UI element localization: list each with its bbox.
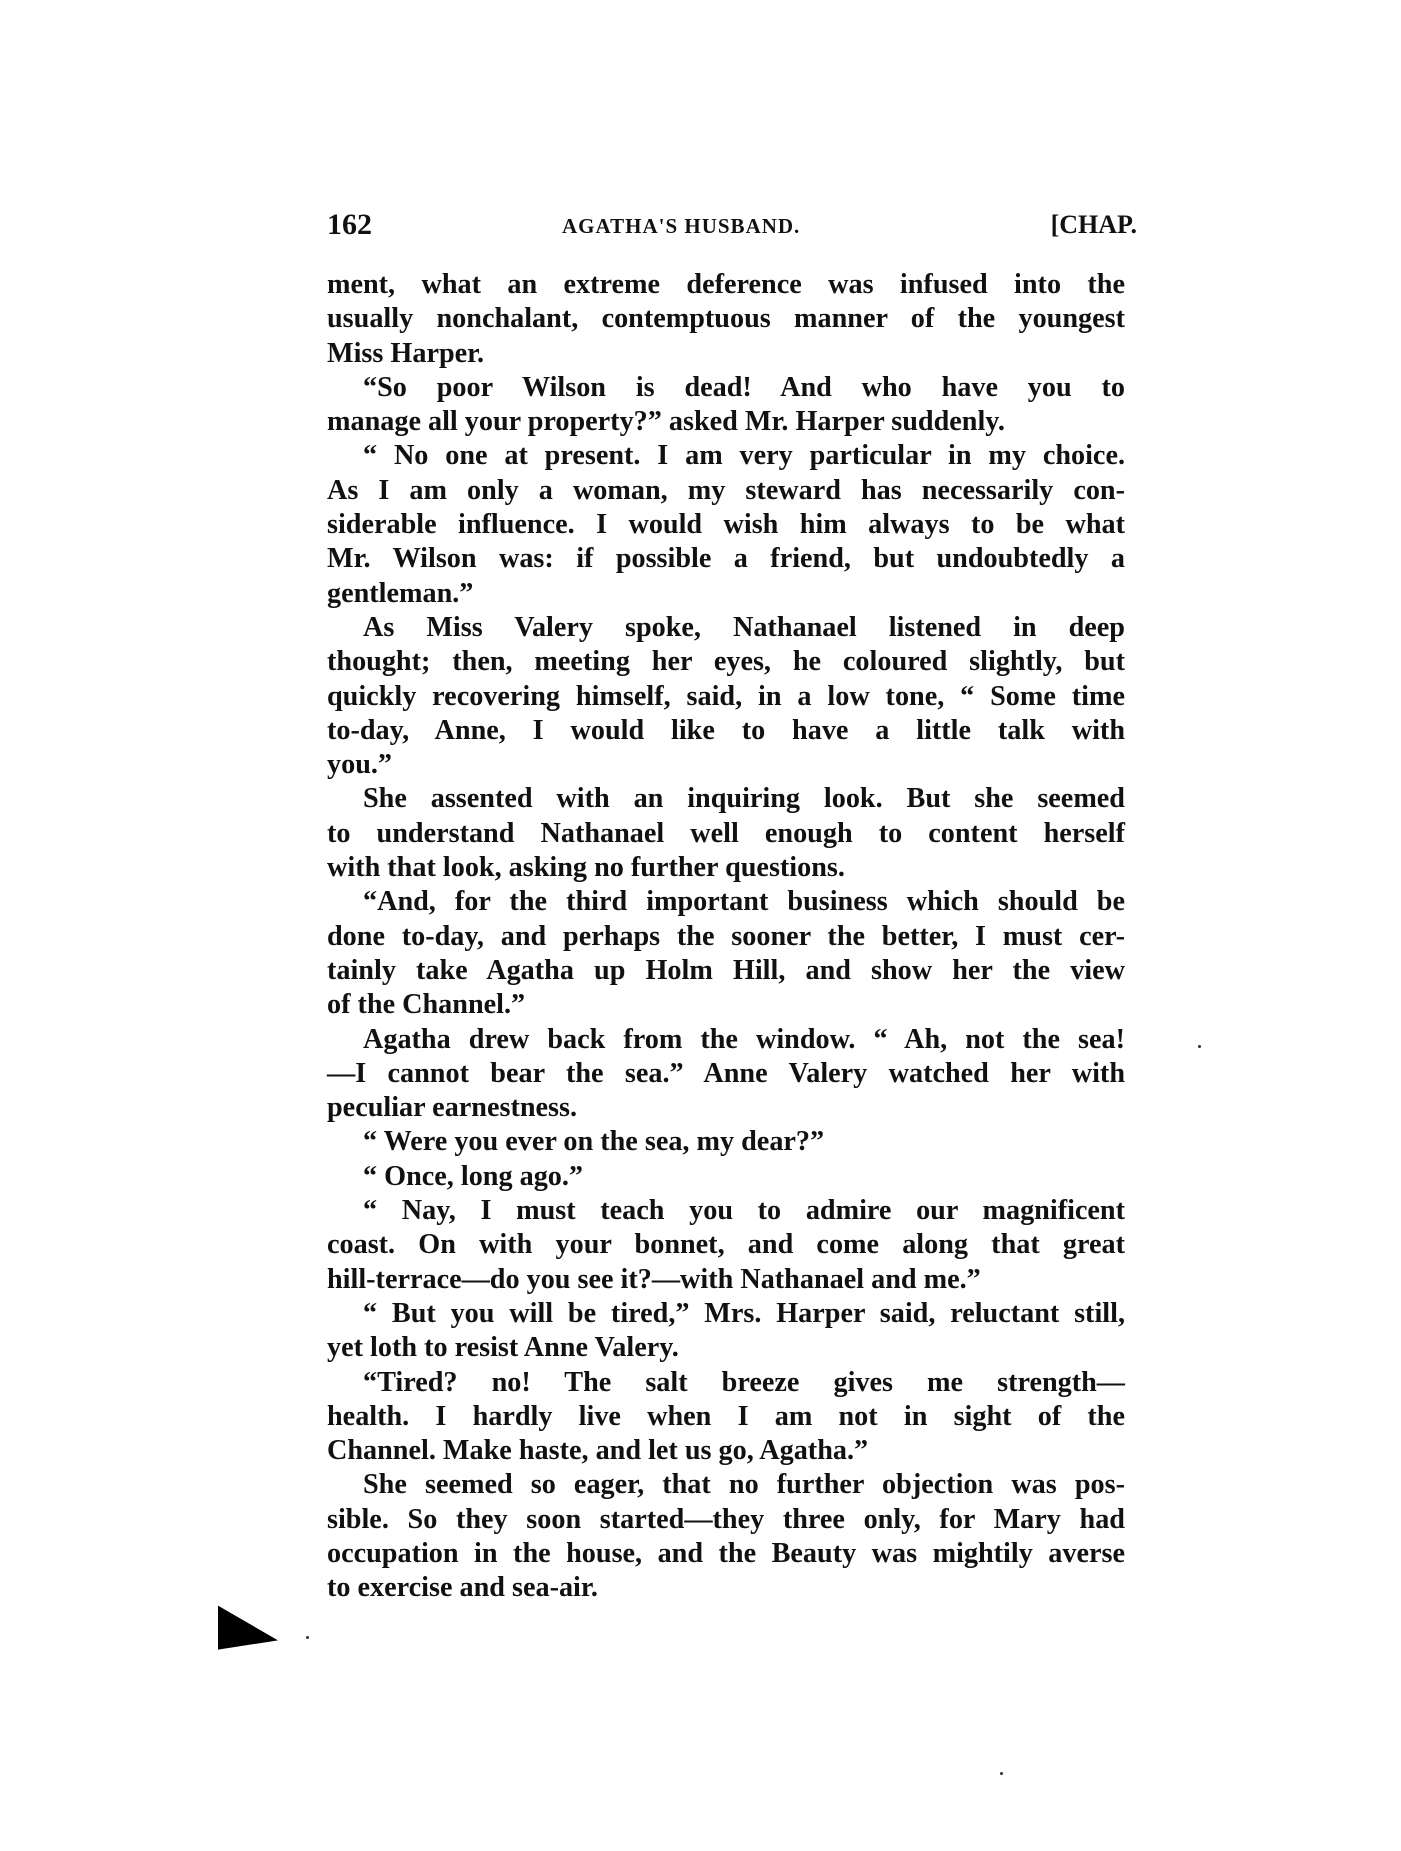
text-line: Mr. Wilson was: if possible a friend, bu… [327,542,1125,576]
text-line: health. I hardly live when I am not in s… [327,1400,1125,1434]
text-line: tainly take Agatha up Holm Hill, and sho… [327,954,1125,988]
text-line: to understand Nathanael well enough to c… [327,817,1125,851]
text-line: yet loth to resist Anne Valery. [327,1331,1125,1365]
scan-artifact-triangle-icon [218,1606,278,1663]
text-line: “ But you will be tired,” Mrs. Harper sa… [327,1297,1125,1331]
text-line: Miss Harper. [327,337,1125,371]
text-line: Agatha drew back from the window. “ Ah, … [327,1023,1125,1057]
text-line: with that look, asking no further questi… [327,851,1125,885]
text-line: ment, what an extreme deference was infu… [327,268,1125,302]
text-line: As I am only a woman, my steward has nec… [327,474,1125,508]
text-line: Channel. Make haste, and let us go, Agat… [327,1434,1125,1468]
text-line: thought; then, meeting her eyes, he colo… [327,645,1125,679]
text-line: of the Channel.” [327,988,1125,1022]
scan-speck [306,1636,309,1639]
text-line: siderable influence. I would wish him al… [327,508,1125,542]
text-line: gentleman.” [327,577,1125,611]
text-line: to exercise and sea-air. [327,1571,1125,1605]
text-line: “And, for the third important business w… [327,885,1125,919]
text-line: peculiar earnestness. [327,1091,1125,1125]
text-line: sible. So they soon started—they three o… [327,1503,1125,1537]
text-line: As Miss Valery spoke, Nathanael listened… [327,611,1125,645]
chapter-marker: [CHAP. [1051,210,1137,240]
page-header: 162 AGATHA'S HUSBAND. [CHAP. [327,208,1137,248]
text-line: “ No one at present. I am very particula… [327,439,1125,473]
text-line: done to-day, and perhaps the sooner the … [327,920,1125,954]
text-line: to-day, Anne, I would like to have a lit… [327,714,1125,748]
text-line: “Tired? no! The salt breeze gives me str… [327,1366,1125,1400]
text-line: “ Once, long ago.” [327,1160,1125,1194]
scan-speck [1000,1772,1003,1775]
page-number: 162 [327,208,372,242]
running-title: AGATHA'S HUSBAND. [562,214,800,239]
text-line: “ Were you ever on the sea, my dear?” [327,1125,1125,1159]
text-line: “ Nay, I must teach you to admire our ma… [327,1194,1125,1228]
book-page: 162 AGATHA'S HUSBAND. [CHAP. ment, what … [0,0,1401,1851]
text-line: “So poor Wilson is dead! And who have yo… [327,371,1125,405]
text-line: quickly recovering himself, said, in a l… [327,680,1125,714]
text-line: you.” [327,748,1125,782]
text-line: —I cannot bear the sea.” Anne Valery wat… [327,1057,1125,1091]
text-line: hill-terrace—do you see it?—with Nathana… [327,1263,1125,1297]
text-line: usually nonchalant, contemptuous manner … [327,302,1125,336]
text-line: She assented with an inquiring look. But… [327,782,1125,816]
text-line: She seemed so eager, that no further obj… [327,1468,1125,1502]
text-line: coast. On with your bonnet, and come alo… [327,1228,1125,1262]
text-line: occupation in the house, and the Beauty … [327,1537,1125,1571]
scan-speck [1198,1045,1201,1048]
text-line: manage all your property?” asked Mr. Har… [327,405,1125,439]
body-text: ment, what an extreme deference was infu… [327,268,1125,1606]
